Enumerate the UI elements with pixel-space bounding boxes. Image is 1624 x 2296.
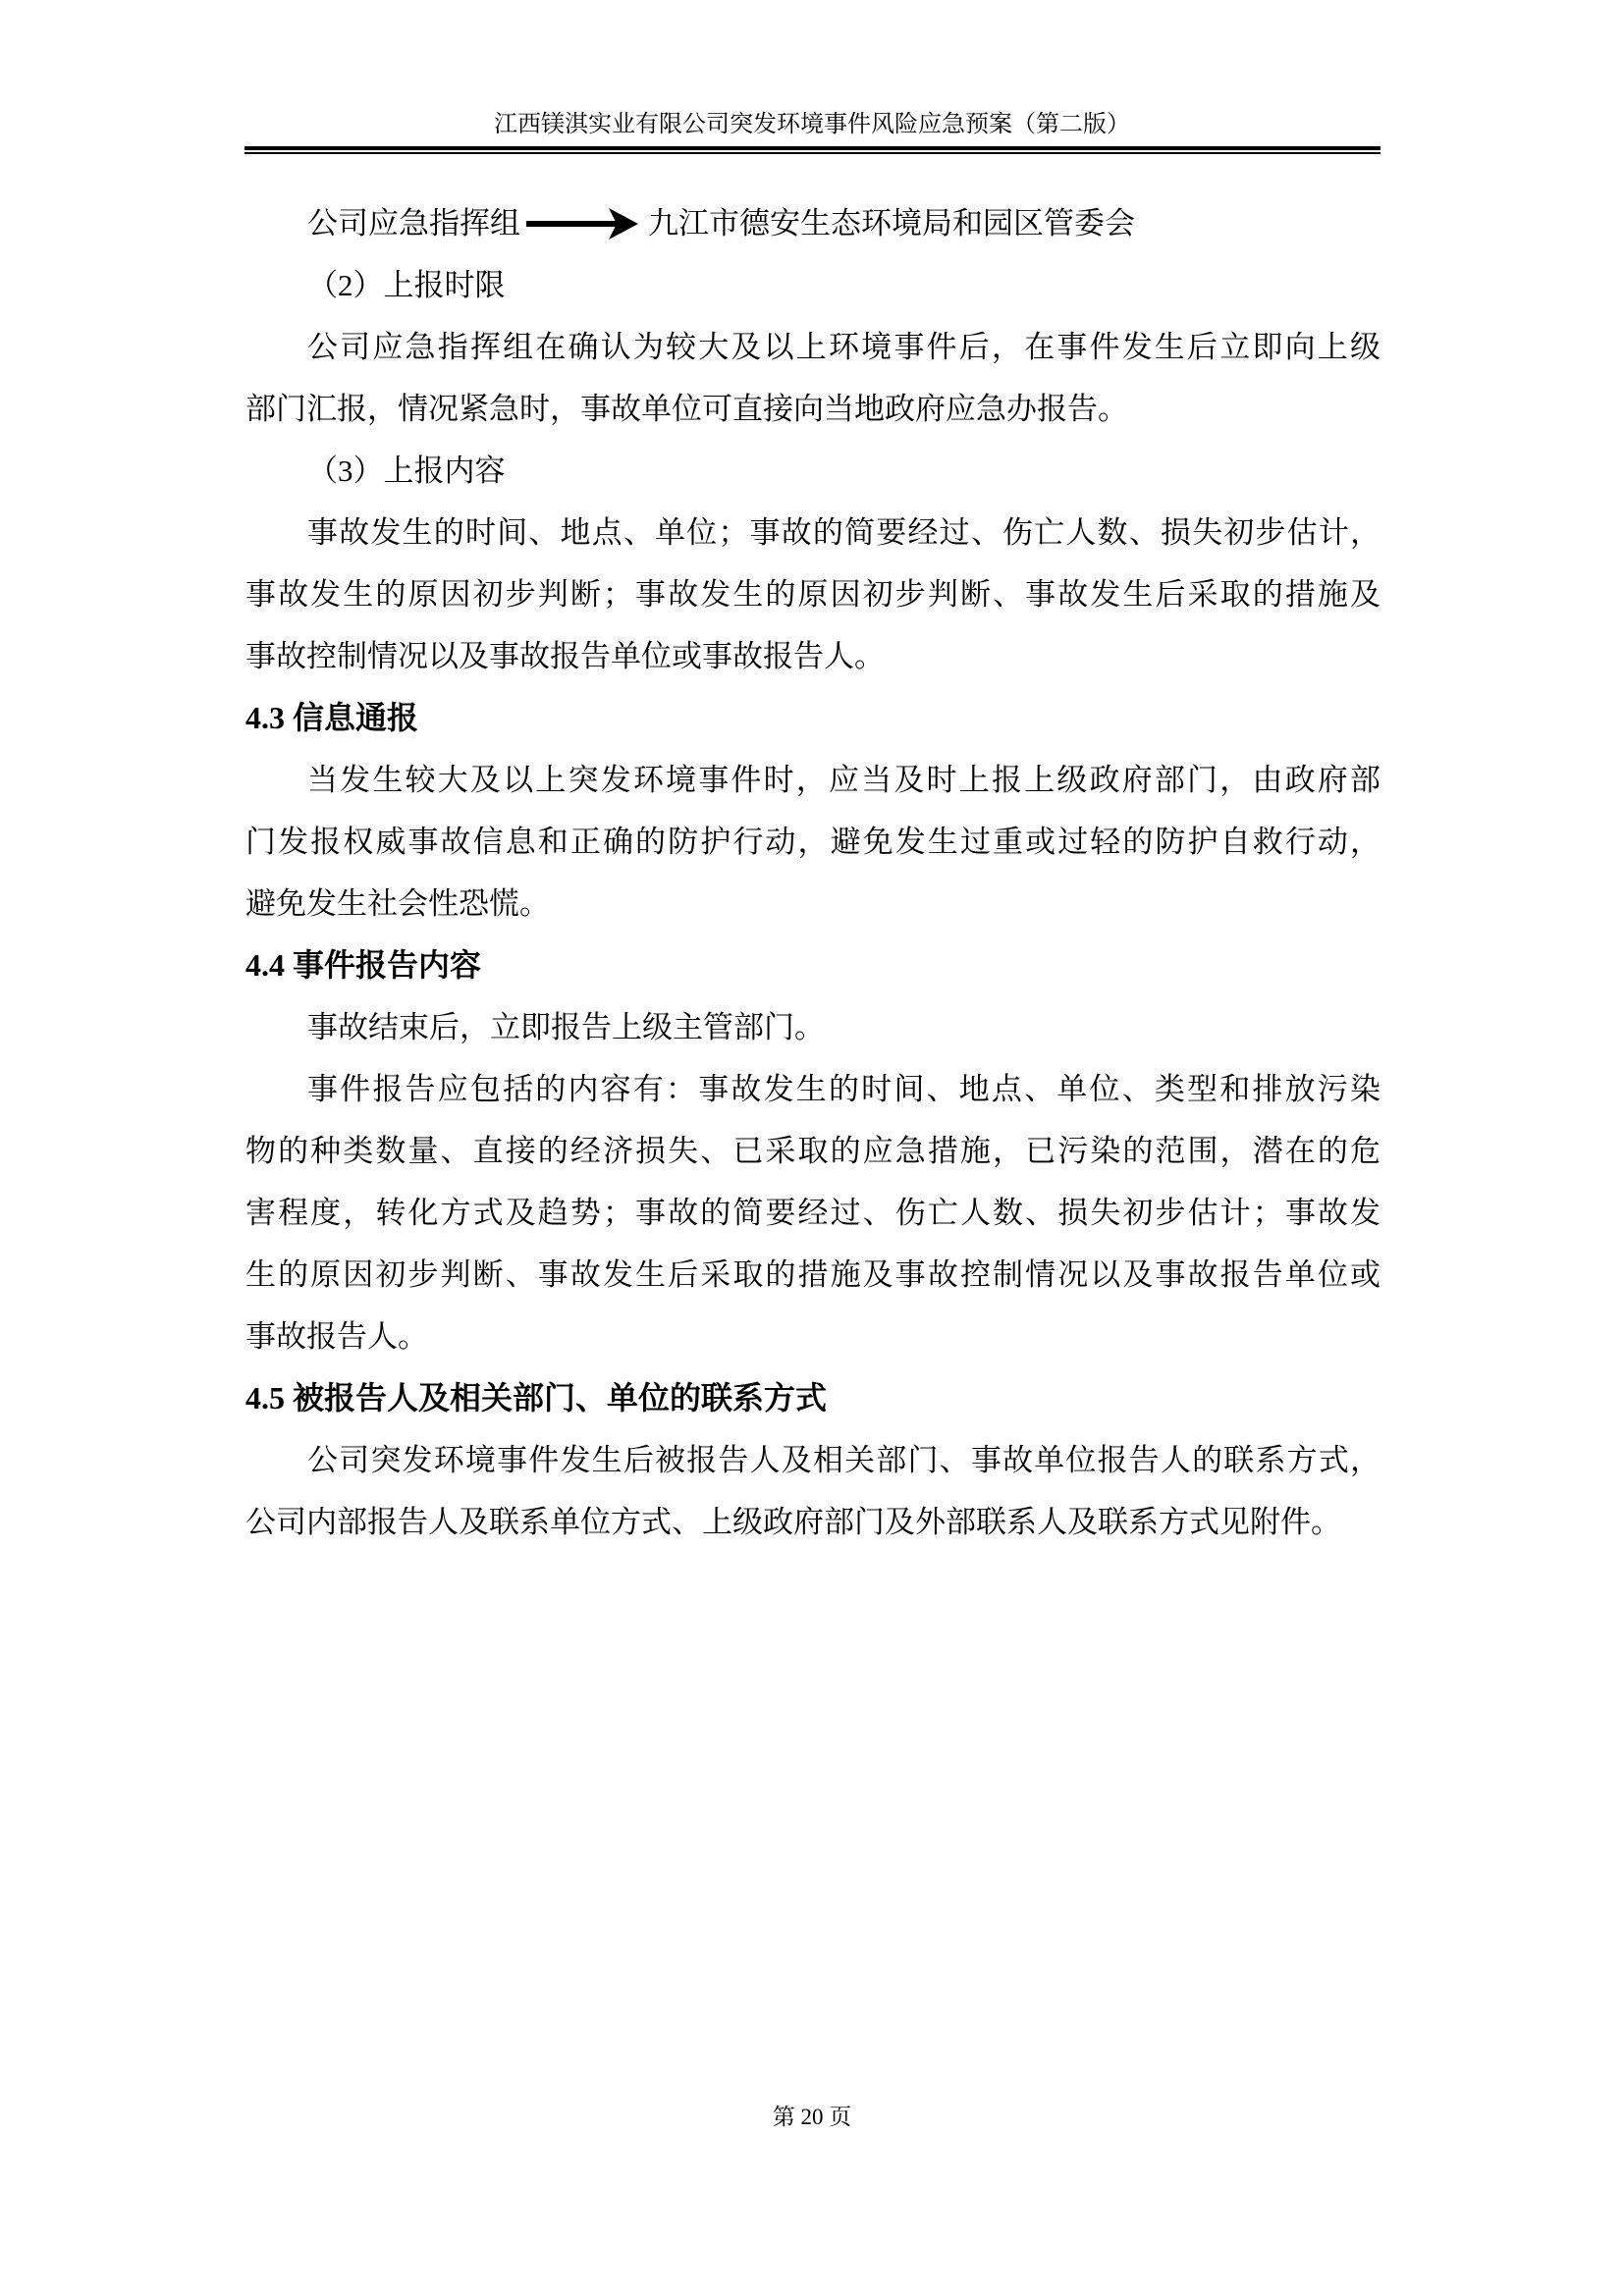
- body-line: 当发生较大及以上突发环境事件时，应当及时上报上级政府部门，由政府部: [245, 749, 1380, 811]
- section-heading: 4.4 事件报告内容: [245, 934, 1380, 996]
- arrow-line-target-text: 九江市德安生态环境局和园区管委会: [648, 192, 1135, 254]
- body-line: 事故发生的原因初步判断；事故发生的原因初步判断、事故发生后采取的措施及: [245, 563, 1380, 625]
- body-line: （2）上报时限: [245, 254, 1380, 316]
- body-line: 事故结束后，立即报告上级主管部门。: [245, 996, 1380, 1058]
- arrow-line: 公司应急指挥组九江市德安生态环境局和园区管委会: [245, 192, 1380, 254]
- header-title: 江西镁淇实业有限公司突发环境事件风险应急预案（第二版）: [0, 110, 1624, 139]
- arrow-line-source-text: 公司应急指挥组: [307, 192, 520, 254]
- body-line: 物的种类数量、直接的经济损失、已采取的应急措施，已污染的范围，潜在的危: [245, 1120, 1380, 1182]
- body-line: 公司内部报告人及联系单位方式、上级政府部门及外部联系人及联系方式见附件。: [245, 1491, 1380, 1553]
- body-line: 事件报告应包括的内容有：事故发生的时间、地点、单位、类型和排放污染: [245, 1058, 1380, 1120]
- body-line: 事故报告人。: [245, 1306, 1380, 1367]
- body-line: 害程度，转化方式及趋势；事故的简要经过、伤亡人数、损失初步估计；事故发: [245, 1182, 1380, 1244]
- body-line: 门发报权威事故信息和正确的防护行动，避免发生过重或过轻的防护自救行动，: [245, 811, 1380, 873]
- flow-arrow-icon: [526, 204, 640, 243]
- section-heading: 4.3 信息通报: [245, 687, 1380, 749]
- header-rule: [244, 146, 1380, 154]
- header-rule-thin-bar: [244, 152, 1380, 154]
- page-number: 第 20 页: [0, 2103, 1624, 2132]
- body-line: （3）上报内容: [245, 440, 1380, 502]
- section-heading: 4.5 被报告人及相关部门、单位的联系方式: [245, 1367, 1380, 1429]
- document-page: 江西镁淇实业有限公司突发环境事件风险应急预案（第二版） 公司应急指挥组九江市德安…: [0, 0, 1624, 2296]
- body-line: 部门汇报，情况紧急时，事故单位可直接向当地政府应急办报告。: [245, 378, 1380, 440]
- body-line: 事故控制情况以及事故报告单位或事故报告人。: [245, 625, 1380, 687]
- body-line: 生的原因初步判断、事故发生后采取的措施及事故控制情况以及事故报告单位或: [245, 1244, 1380, 1306]
- body-line: 避免发生社会性恐慌。: [245, 873, 1380, 934]
- body-line: 公司突发环境事件发生后被报告人及相关部门、事故单位报告人的联系方式，: [245, 1429, 1380, 1491]
- document-body: 公司应急指挥组九江市德安生态环境局和园区管委会（2）上报时限公司应急指挥组在确认…: [245, 192, 1380, 1553]
- body-line: 公司应急指挥组在确认为较大及以上环境事件后，在事件发生后立即向上级: [245, 316, 1380, 378]
- body-line: 事故发生的时间、地点、单位；事故的简要经过、伤亡人数、损失初步估计，: [245, 502, 1380, 563]
